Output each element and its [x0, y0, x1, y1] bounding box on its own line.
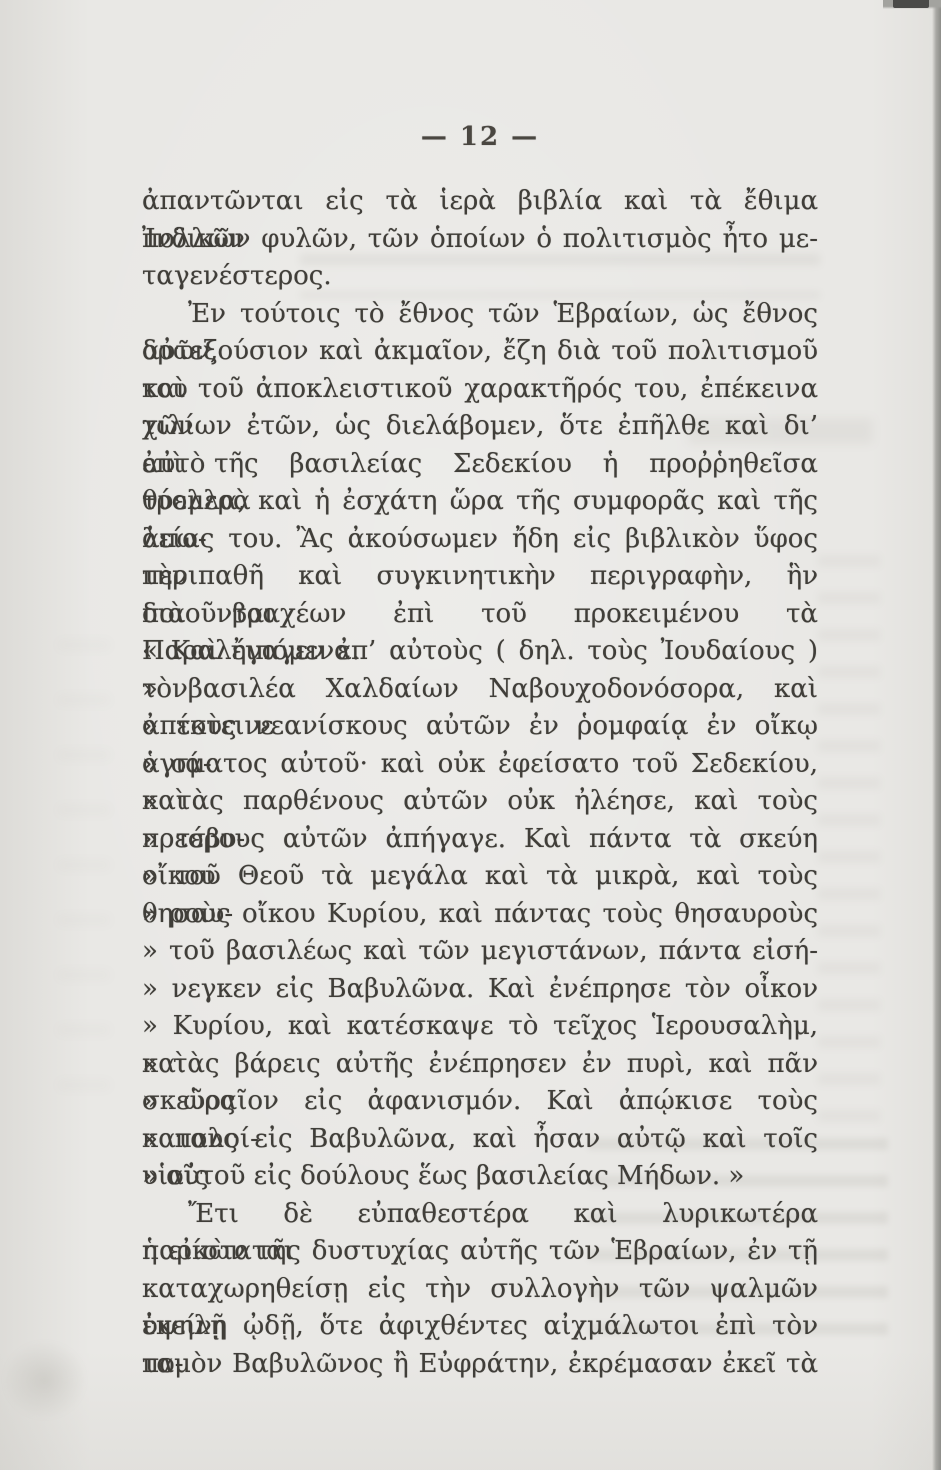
- text-line: » τὰς βάρεις αὐτῆς ἐνέπρησεν ἐν πυρὶ, κα…: [142, 1046, 818, 1084]
- text-line: » τέρους αὐτῶν ἀπήγαγε. Καὶ πάντα τὰ σκε…: [142, 821, 818, 859]
- text-line: » ὡραῖον εἰς ἀφανισμόν. Καὶ ἀπῴκισε τοὺς…: [142, 1083, 818, 1121]
- text-line: » τοὺς νεανίσκους αὐτῶν ἐν ῥομφαίᾳ ἐν οἴ…: [142, 708, 818, 746]
- text-line: » σματος αὐτοῦ· καὶ οὐκ ἐφείσατο τοῦ Σεδ…: [142, 746, 818, 784]
- text-block: ἀπαντῶνται εἰς τὰ ἱερὰ βιβλία καὶ τὰ ἔθι…: [142, 183, 818, 1383]
- text-line: » ροὺς οἴκου Κυρίου, καὶ πάντας τοὺς θησ…: [142, 896, 818, 934]
- text-line: καὶ τοῦ ἀποκλειστικοῦ χαρακτῆρός του, ἐπ…: [142, 371, 818, 409]
- text-line: αὐτεξούσιον καὶ ἀκμαῖον, ἔζη διὰ τοῦ πολ…: [142, 333, 818, 371]
- text-line: ἐπὶ τῆς βασιλείας Σεδεκίου ἡ προῤῥηθεῖσα…: [142, 446, 818, 484]
- text-line: ἀπαντῶνται εἰς τὰ ἱερὰ βιβλία καὶ τὰ ἔθι…: [142, 183, 818, 221]
- text-line: » Κυρίου, καὶ κατέσκαψε τὸ τεῖχος Ἱερουσ…: [142, 1008, 818, 1046]
- text-line: ἡ εἰκὼν τῆς δυστυχίας αὐτῆς τῶν Ἑβραίων,…: [142, 1233, 818, 1271]
- text-line: χιλίων ἐτῶν, ὡς διελάβομεν, ὅτε ἐπῆλθε κ…: [142, 408, 818, 446]
- text-line: θύελλα, καὶ ἡ ἐσχάτη ὥρα τῆς συμφορᾶς κα…: [142, 483, 818, 521]
- text-line: καταχωρηθείσῃ εἰς τὴν συλλογὴν τῶν ψαλμῶ…: [142, 1271, 818, 1309]
- text-line: » βασιλέα Χαλδαίων Ναβουχοδονόσορα, καὶ …: [142, 671, 818, 709]
- text-line: » νεγκεν εἰς Βαβυλῶνα. Καὶ ἐνέπρησε τὸν …: [142, 971, 818, 1009]
- text-line: ταγενέστερος.: [142, 258, 818, 296]
- text-line: περιπαθῆ καὶ συγκινητικὴν περιγραφὴν, ἣν…: [142, 558, 818, 596]
- text-line: Ἐν τούτοις τὸ ἔθνος τῶν Ἑβραίων, ὡς ἔθνο…: [142, 296, 818, 334]
- text-line: Ἰνδικῶν φυλῶν, τῶν ὁποίων ὁ πολιτισμὸς ἦ…: [142, 221, 818, 259]
- text-line: ταμὸν Βαβυλῶνος ἢ Εὐφράτην, ἐκρέμασαν ἐκ…: [142, 1346, 818, 1384]
- page-number: — 12 —: [142, 124, 818, 150]
- text-line: » αὐτοῦ εἰς δούλους ἕως βασιλείας Μήδων.…: [142, 1158, 818, 1196]
- text-line: λείας του. Ἂς ἀκούσωμεν ἤδη εἰς βιβλικὸν…: [142, 521, 818, 559]
- text-line: ἐκείνῃ ᾠδῇ, ὅτε ἀφιχθέντες αἰχμάλωτοι ἐπ…: [142, 1308, 818, 1346]
- text-line: » πους εἰς Βαβυλῶνα, καὶ ἦσαν αὐτῷ καὶ τ…: [142, 1121, 818, 1159]
- text-line: Ἔτι δὲ εὐπαθεστέρα καὶ λυρικωτέρα παρίστ…: [142, 1196, 818, 1234]
- scan-edge-right: [932, 0, 941, 1470]
- text-line: » τὰς παρθένους αὐτῶν οὐκ ἠλέησε, καὶ το…: [142, 783, 818, 821]
- scan-corner-mark: [893, 0, 929, 8]
- scanned-book-page: { "page": { "header": { "page_number_dis…: [0, 0, 941, 1470]
- text-line: διὰ βραχέων ἐπὶ τοῦ προκειμένου τὰ Παραλ…: [142, 596, 818, 634]
- text-line: « Καὶ ἤγαγεν ἐπ’ αὐτοὺς ( δηλ. τοὺς Ἰουδ…: [142, 633, 818, 671]
- text-line: » τοῦ βασιλέως καὶ τῶν μεγιστάνων, πάντα…: [142, 933, 818, 971]
- text-line: » τοῦ Θεοῦ τὰ μεγάλα καὶ τὰ μικρὰ, καὶ τ…: [142, 858, 818, 896]
